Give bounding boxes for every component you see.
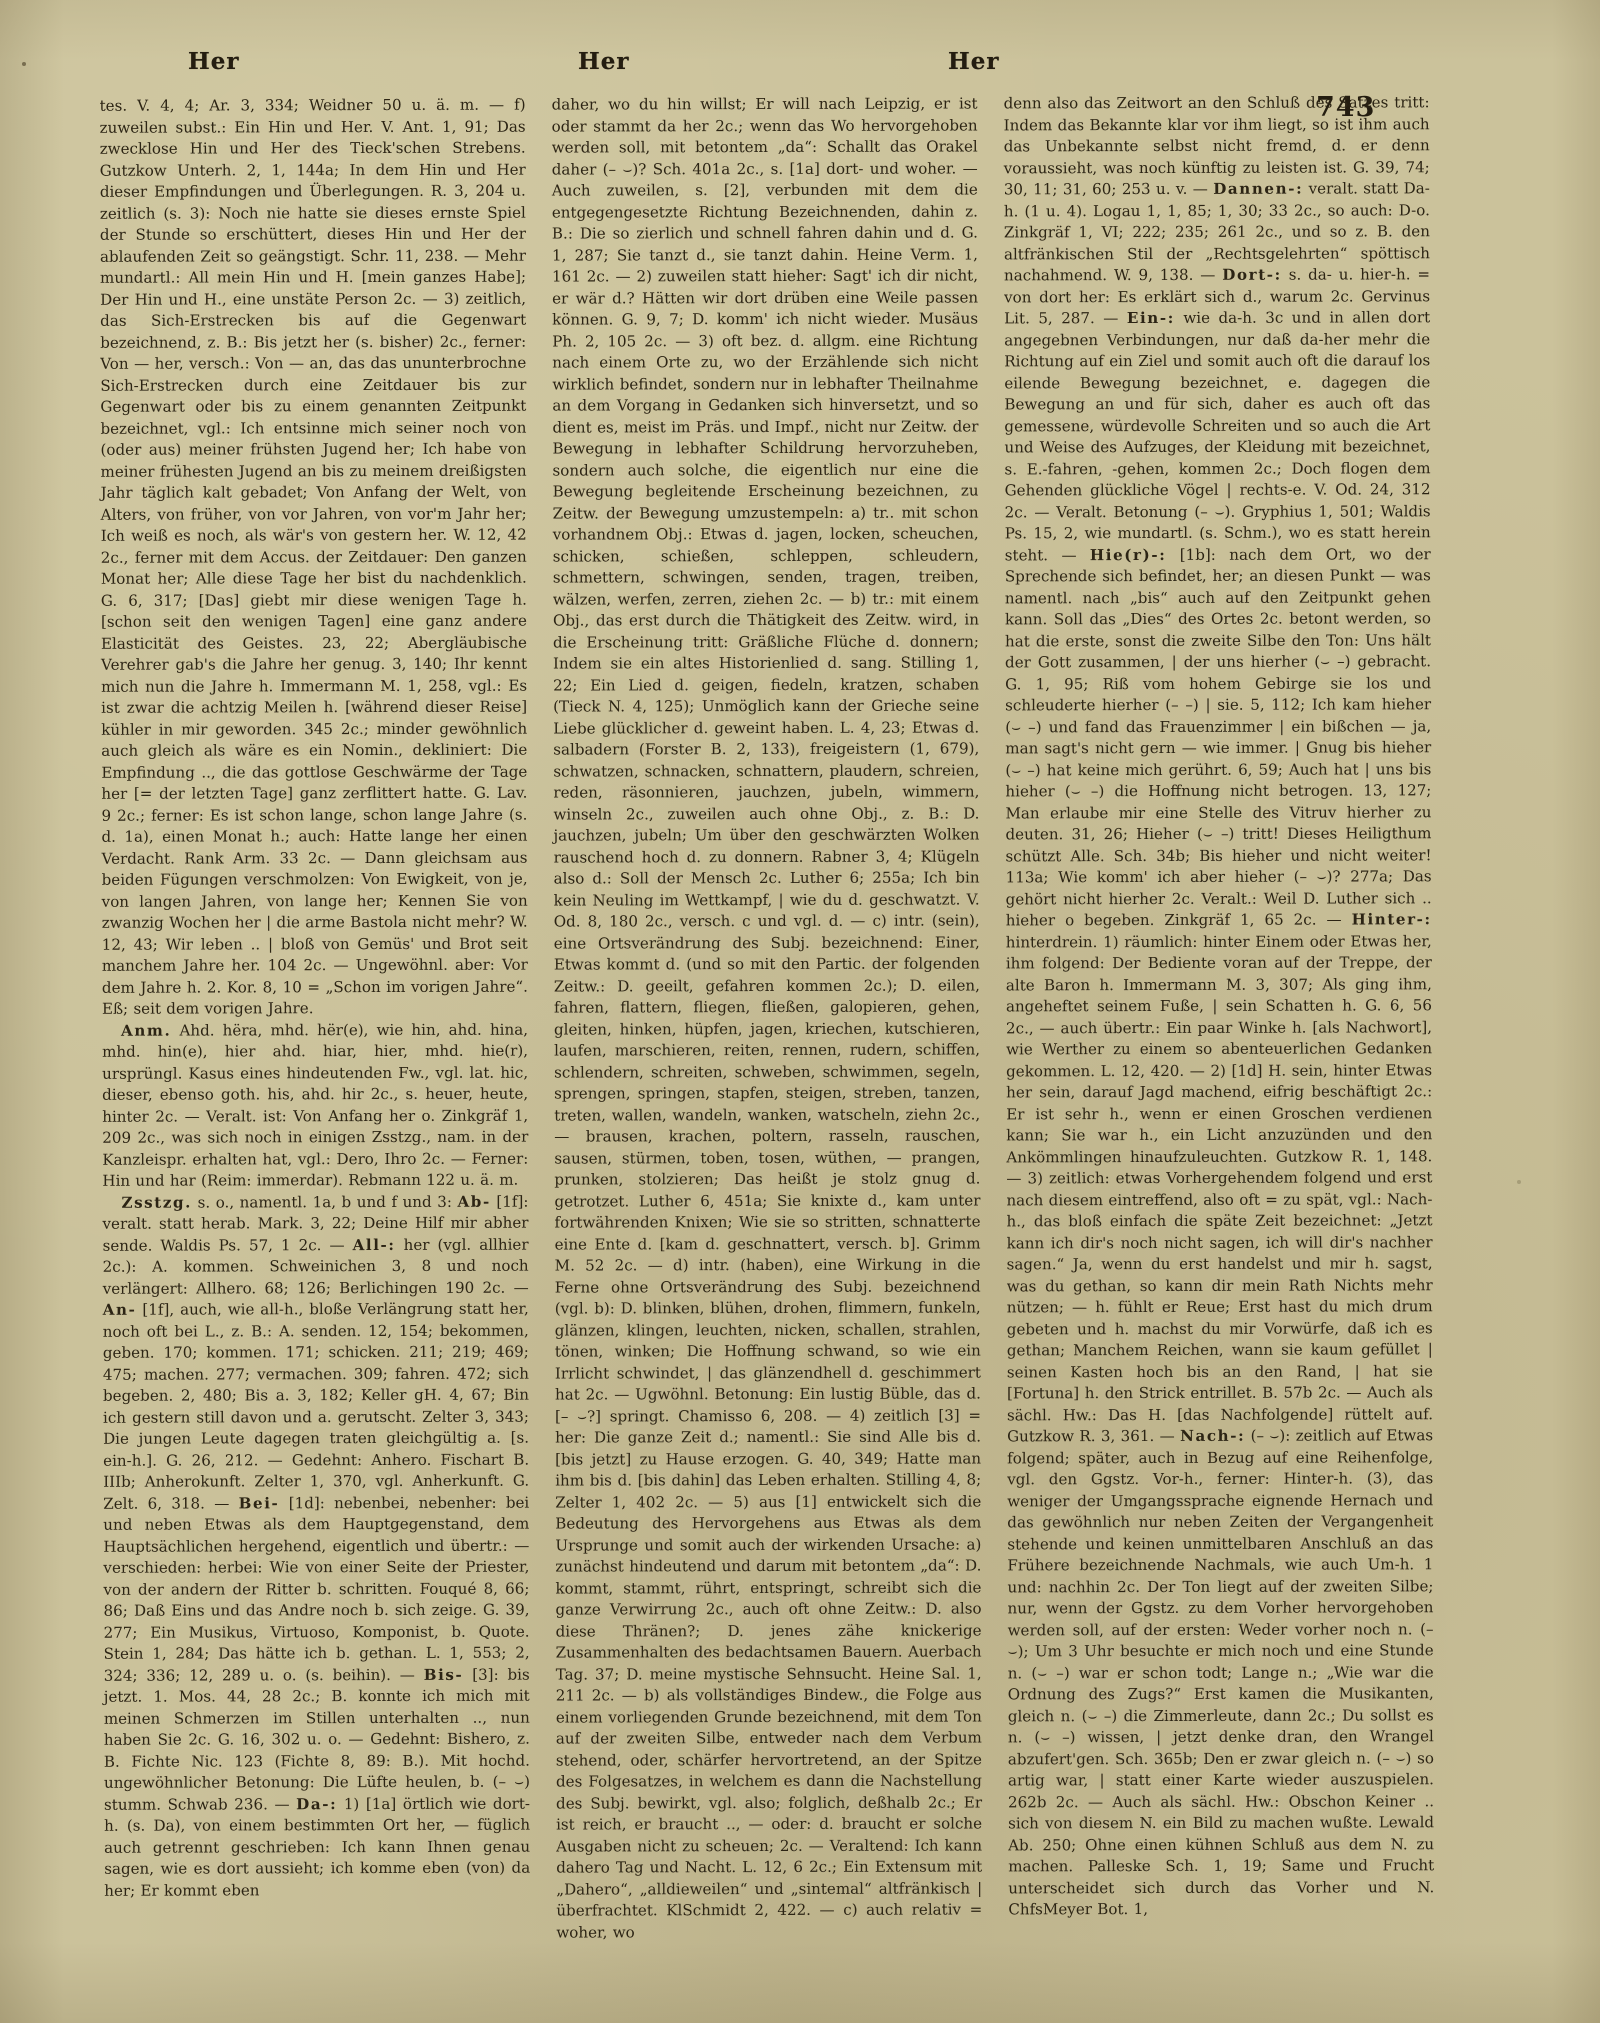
headword: Dort-: [1222, 266, 1282, 284]
paragraph: daher, wo du hin willst; Er will nach Le… [552, 93, 983, 1943]
running-head-column-2: Her [578, 48, 629, 75]
paragraph: Zsstzg. s. o., namentl. 1a, b und f und … [102, 1191, 530, 1902]
headword: Hinter-: [1352, 910, 1432, 928]
headword: Dannen-: [1213, 180, 1303, 198]
text-column-3: denn also das Zeitwort an den Schluß des… [1004, 92, 1435, 1963]
running-head-column-3: Her [948, 48, 999, 75]
paper-speck [1517, 1180, 1521, 1184]
headword: Bis- [424, 1665, 464, 1683]
headword: An- [103, 1301, 137, 1319]
headword: Da-: [296, 1795, 337, 1813]
headword: Bei- [239, 1494, 280, 1512]
scanned-dictionary-page: Her Her Her 743 tes. V. 4, 4; Ar. 3, 334… [0, 0, 1600, 2023]
paragraph: tes. V. 4, 4; Ar. 3, 334; Weidner 50 u. … [100, 95, 528, 1021]
running-head-column-1: Her [188, 48, 239, 75]
text-column-2: daher, wo du hin willst; Er will nach Le… [552, 93, 983, 1964]
paragraph: Anm. Ahd. hëra, mhd. hër(e), wie hin, ah… [102, 1019, 528, 1192]
paragraph: denn also das Zeitwort an den Schluß des… [1004, 92, 1435, 1921]
headword: All-: [353, 1235, 396, 1253]
text-columns: tes. V. 4, 4; Ar. 3, 334; Weidner 50 u. … [100, 92, 1435, 1965]
headword: Hie(r)-: [1090, 545, 1167, 563]
headword: Nach-: [1180, 1427, 1245, 1445]
paper-speck [22, 62, 26, 66]
headword: Ab- [457, 1192, 490, 1210]
headword: Ein-: [1127, 309, 1175, 327]
headword: Anm. [121, 1021, 171, 1039]
text-column-1: tes. V. 4, 4; Ar. 3, 334; Weidner 50 u. … [100, 95, 531, 1966]
headword: Zsstzg. [121, 1193, 192, 1211]
running-header: Her Her Her 743 [0, 48, 1600, 84]
